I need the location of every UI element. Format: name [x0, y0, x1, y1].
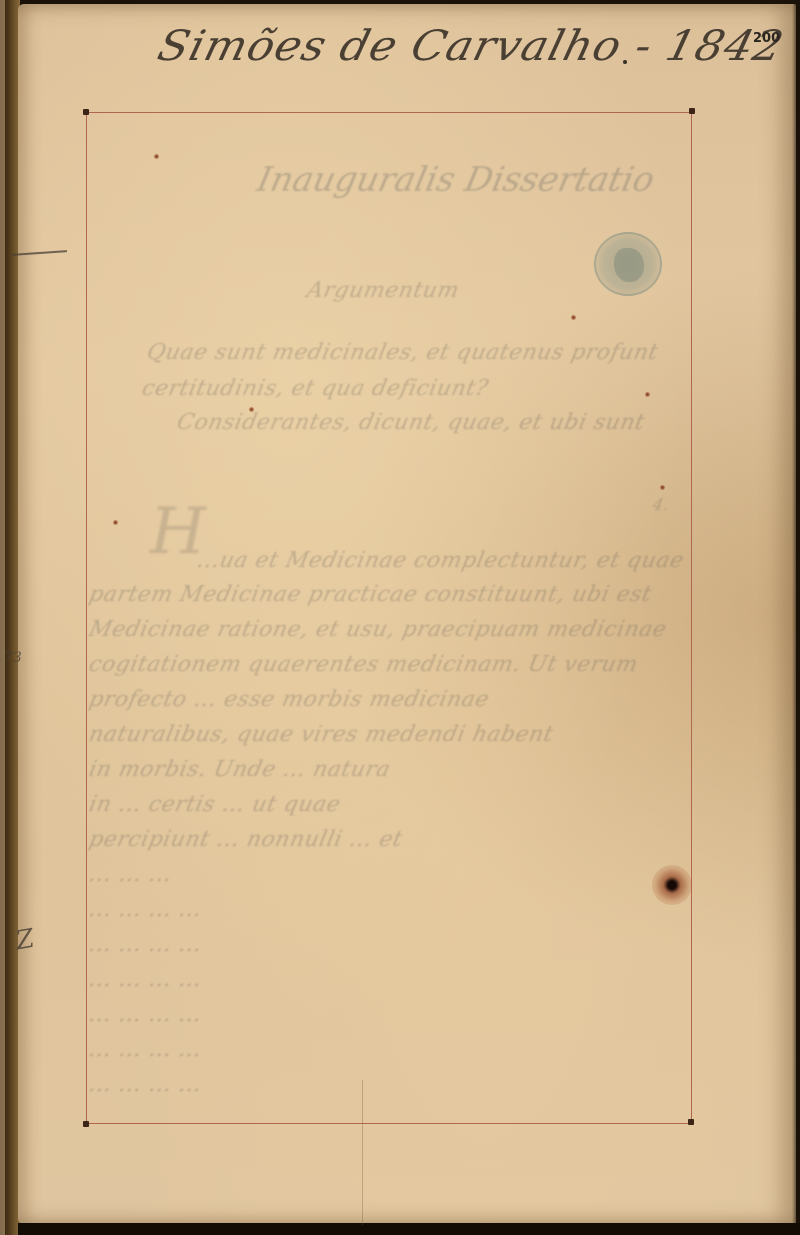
bleed-through-line: cogitationem quaerentes medicinam. Ut ve…	[87, 652, 641, 677]
bleed-through-line: ... ... ... ...	[87, 1072, 205, 1097]
bleed-through-line: ...ua et Medicinae complectuntur, et qua…	[195, 548, 687, 573]
foxing-spot	[249, 407, 254, 412]
bleed-through-line: Quae sunt medicinales, et quatenus profu…	[145, 340, 661, 365]
bleed-through-line: Argumentum	[305, 278, 462, 303]
bleed-through-line: profecto ... esse morbis medicinae	[87, 687, 492, 712]
page-bottom-edge	[18, 1223, 800, 1235]
page-number: 200	[753, 31, 780, 46]
page-right-edge-shadow	[792, 0, 800, 1235]
header-period-mark	[623, 60, 627, 64]
previous-page-edge	[0, 0, 5, 1235]
stamp-emblem	[614, 248, 644, 282]
paper-crease	[362, 1080, 363, 1225]
header-handwritten-title: Simões de Carvalho - 1842	[153, 22, 789, 70]
bleed-through-line: ... ... ... ...	[87, 932, 205, 957]
bleed-through-line: ... ... ... ...	[87, 897, 205, 922]
bleed-through-line: certitudinis, et qua deficiunt?	[140, 376, 491, 401]
bleed-through-line: Medicinae ratione, et usu, praecipuam me…	[87, 617, 670, 642]
foxing-spot	[660, 485, 665, 490]
foxing-spot	[154, 154, 159, 159]
foxing-spot	[571, 315, 576, 320]
bleed-through-line: naturalibus, quae vires medendi habent	[87, 722, 556, 747]
bleed-through-line: in ... certis ... ut quae	[87, 792, 343, 817]
margin-pencil-note: 73	[4, 650, 22, 666]
bleed-through-line: in morbis. Unde ... natura	[87, 757, 393, 782]
bleed-through-line: ... ... ... ...	[87, 1037, 205, 1062]
bleed-through-line: Considerantes, dicunt, quae, et ubi sunt	[175, 410, 648, 435]
bleed-through-line: ... ... ... ...	[87, 967, 205, 992]
bleed-through-line: ... ... ... ...	[87, 1002, 205, 1027]
foxing-stain-large	[652, 865, 692, 905]
bleed-through-title: Inauguralis Dissertatio	[253, 160, 658, 200]
bleed-through-line: partem Medicinae practicae constituunt, …	[87, 582, 654, 607]
frame-corner-dot	[83, 109, 89, 115]
frame-corner-dot	[688, 1119, 694, 1125]
manuscript-scan: Simões de Carvalho - 1842 200 Inaugurali…	[0, 0, 800, 1235]
foxing-spot	[645, 392, 650, 397]
foxing-spot	[113, 520, 118, 525]
frame-corner-dot	[83, 1121, 89, 1127]
frame-corner-dot	[689, 108, 695, 114]
library-stamp-icon	[594, 232, 662, 296]
bleed-through-line: percipiunt ... nonnulli ... et	[87, 827, 405, 852]
bleed-through-line: ... ... ...	[87, 862, 175, 887]
